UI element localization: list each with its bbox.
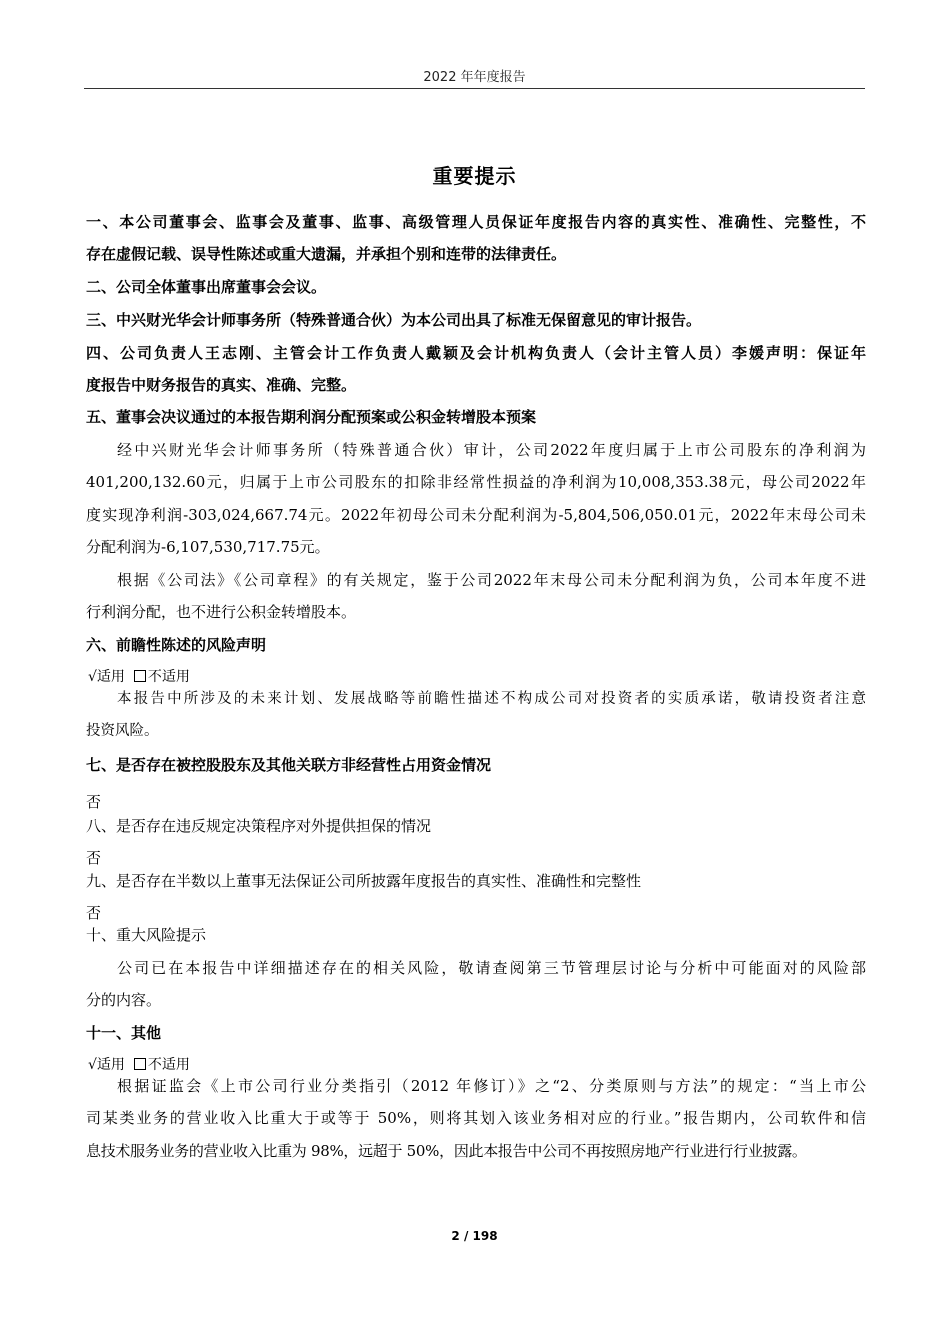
item-10-heading: 十、重大风险提示	[86, 925, 866, 945]
item-2: 二、公司全体董事出席董事会会议。	[86, 277, 866, 297]
empty-checkbox-icon	[134, 1058, 146, 1070]
applicability-line-6: √适用 不适用	[88, 667, 868, 687]
item-9-heading: 九、是否存在半数以上董事无法保证公司所披露年度报告的真实性、准确性和完整性	[86, 871, 866, 891]
item-5-para-1-line-3: 度实现净利润-303,024,667.74元。2022年初母公司未分配利润为-5…	[86, 505, 866, 525]
item-7-heading: 七、是否存在被控股股东及其他关联方非经营性占用资金情况	[86, 755, 866, 775]
item-10-para-line-1: 公司已在本报告中详细描述存在的相关风险，敬请查阅第三节管理层讨论与分析中可能面对…	[117, 958, 866, 978]
applicable-label: 适用	[97, 1057, 125, 1073]
item-4-line-2: 度报告中财务报告的真实、准确、完整。	[86, 375, 866, 395]
item-1-line-2: 存在虚假记载、误导性陈述或重大遗漏，并承担个别和连带的法律责任。	[86, 244, 866, 264]
item-11-para-line-2: 司某类业务的营业收入比重大于或等于 50%，则将其划入该业务相对应的行业。”报告…	[86, 1108, 866, 1128]
item-10-para-line-2: 分的内容。	[86, 990, 866, 1010]
item-11-para-line-3: 息技术服务业务的营业收入比重为 98%，远超于 50%，因此本报告中公司不再按照…	[86, 1141, 866, 1161]
item-5-heading: 五、董事会决议通过的本报告期利润分配预案或公积金转增股本预案	[86, 407, 866, 427]
item-6-para-line-2: 投资风险。	[86, 721, 866, 741]
checkmark-icon: √	[88, 1057, 97, 1073]
checkmark-icon: √	[88, 669, 97, 685]
not-applicable-label: 不适用	[148, 1057, 190, 1073]
item-6-para-line-1: 本报告中所涉及的未来计划、发展战略等前瞻性描述不构成公司对投资者的实质承诺，敬请…	[117, 689, 866, 709]
item-5-para-2-line-2: 行利润分配，也不进行公积金转增股本。	[86, 602, 866, 622]
empty-checkbox-icon	[134, 670, 146, 682]
item-5-para-1-line-4: 分配利润为-6,107,530,717.75元。	[86, 537, 866, 557]
page-title: 重要提示	[84, 160, 865, 189]
item-11-para-line-1: 根据证监会《上市公司行业分类指引（2012 年修订）》之“2、分类原则与方法”的…	[117, 1076, 866, 1096]
item-5-para-1-line-1: 经中兴财光华会计师事务所（特殊普通合伙）审计，公司2022年度归属于上市公司股东…	[117, 440, 866, 460]
item-7-answer: 否	[86, 792, 866, 812]
item-6-heading: 六、前瞻性陈述的风险声明	[86, 635, 866, 655]
not-applicable-label: 不适用	[148, 669, 190, 685]
page-number: 2 / 198	[84, 1229, 865, 1243]
item-3: 三、中兴财光华会计师事务所（特殊普通合伙）为本公司出具了标准无保留意见的审计报告…	[86, 310, 866, 330]
item-5-para-2-line-1: 根据《公司法》《公司章程》的有关规定，鉴于公司2022年末母公司未分配利润为负，…	[117, 570, 866, 590]
header-divider	[84, 88, 865, 89]
applicable-label: 适用	[97, 669, 125, 685]
item-4-line-1: 四、公司负责人王志刚、主管会计工作负责人戴颖及会计机构负责人（会计主管人员）李媛…	[86, 343, 866, 363]
item-5-para-1-line-2: 401,200,132.60元，归属于上市公司股东的扣除非经常性损益的净利润为1…	[86, 472, 866, 492]
item-9-answer: 否	[86, 903, 866, 923]
page-header: 2022 年年度报告	[84, 66, 865, 85]
item-1-line-1: 一、本公司董事会、监事会及董事、监事、高级管理人员保证年度报告内容的真实性、准确…	[86, 212, 866, 232]
item-8-heading: 八、是否存在违反规定决策程序对外提供担保的情况	[86, 816, 866, 836]
item-8-answer: 否	[86, 848, 866, 868]
applicability-line-11: √适用 不适用	[88, 1055, 868, 1075]
item-11-heading: 十一、其他	[86, 1023, 866, 1043]
